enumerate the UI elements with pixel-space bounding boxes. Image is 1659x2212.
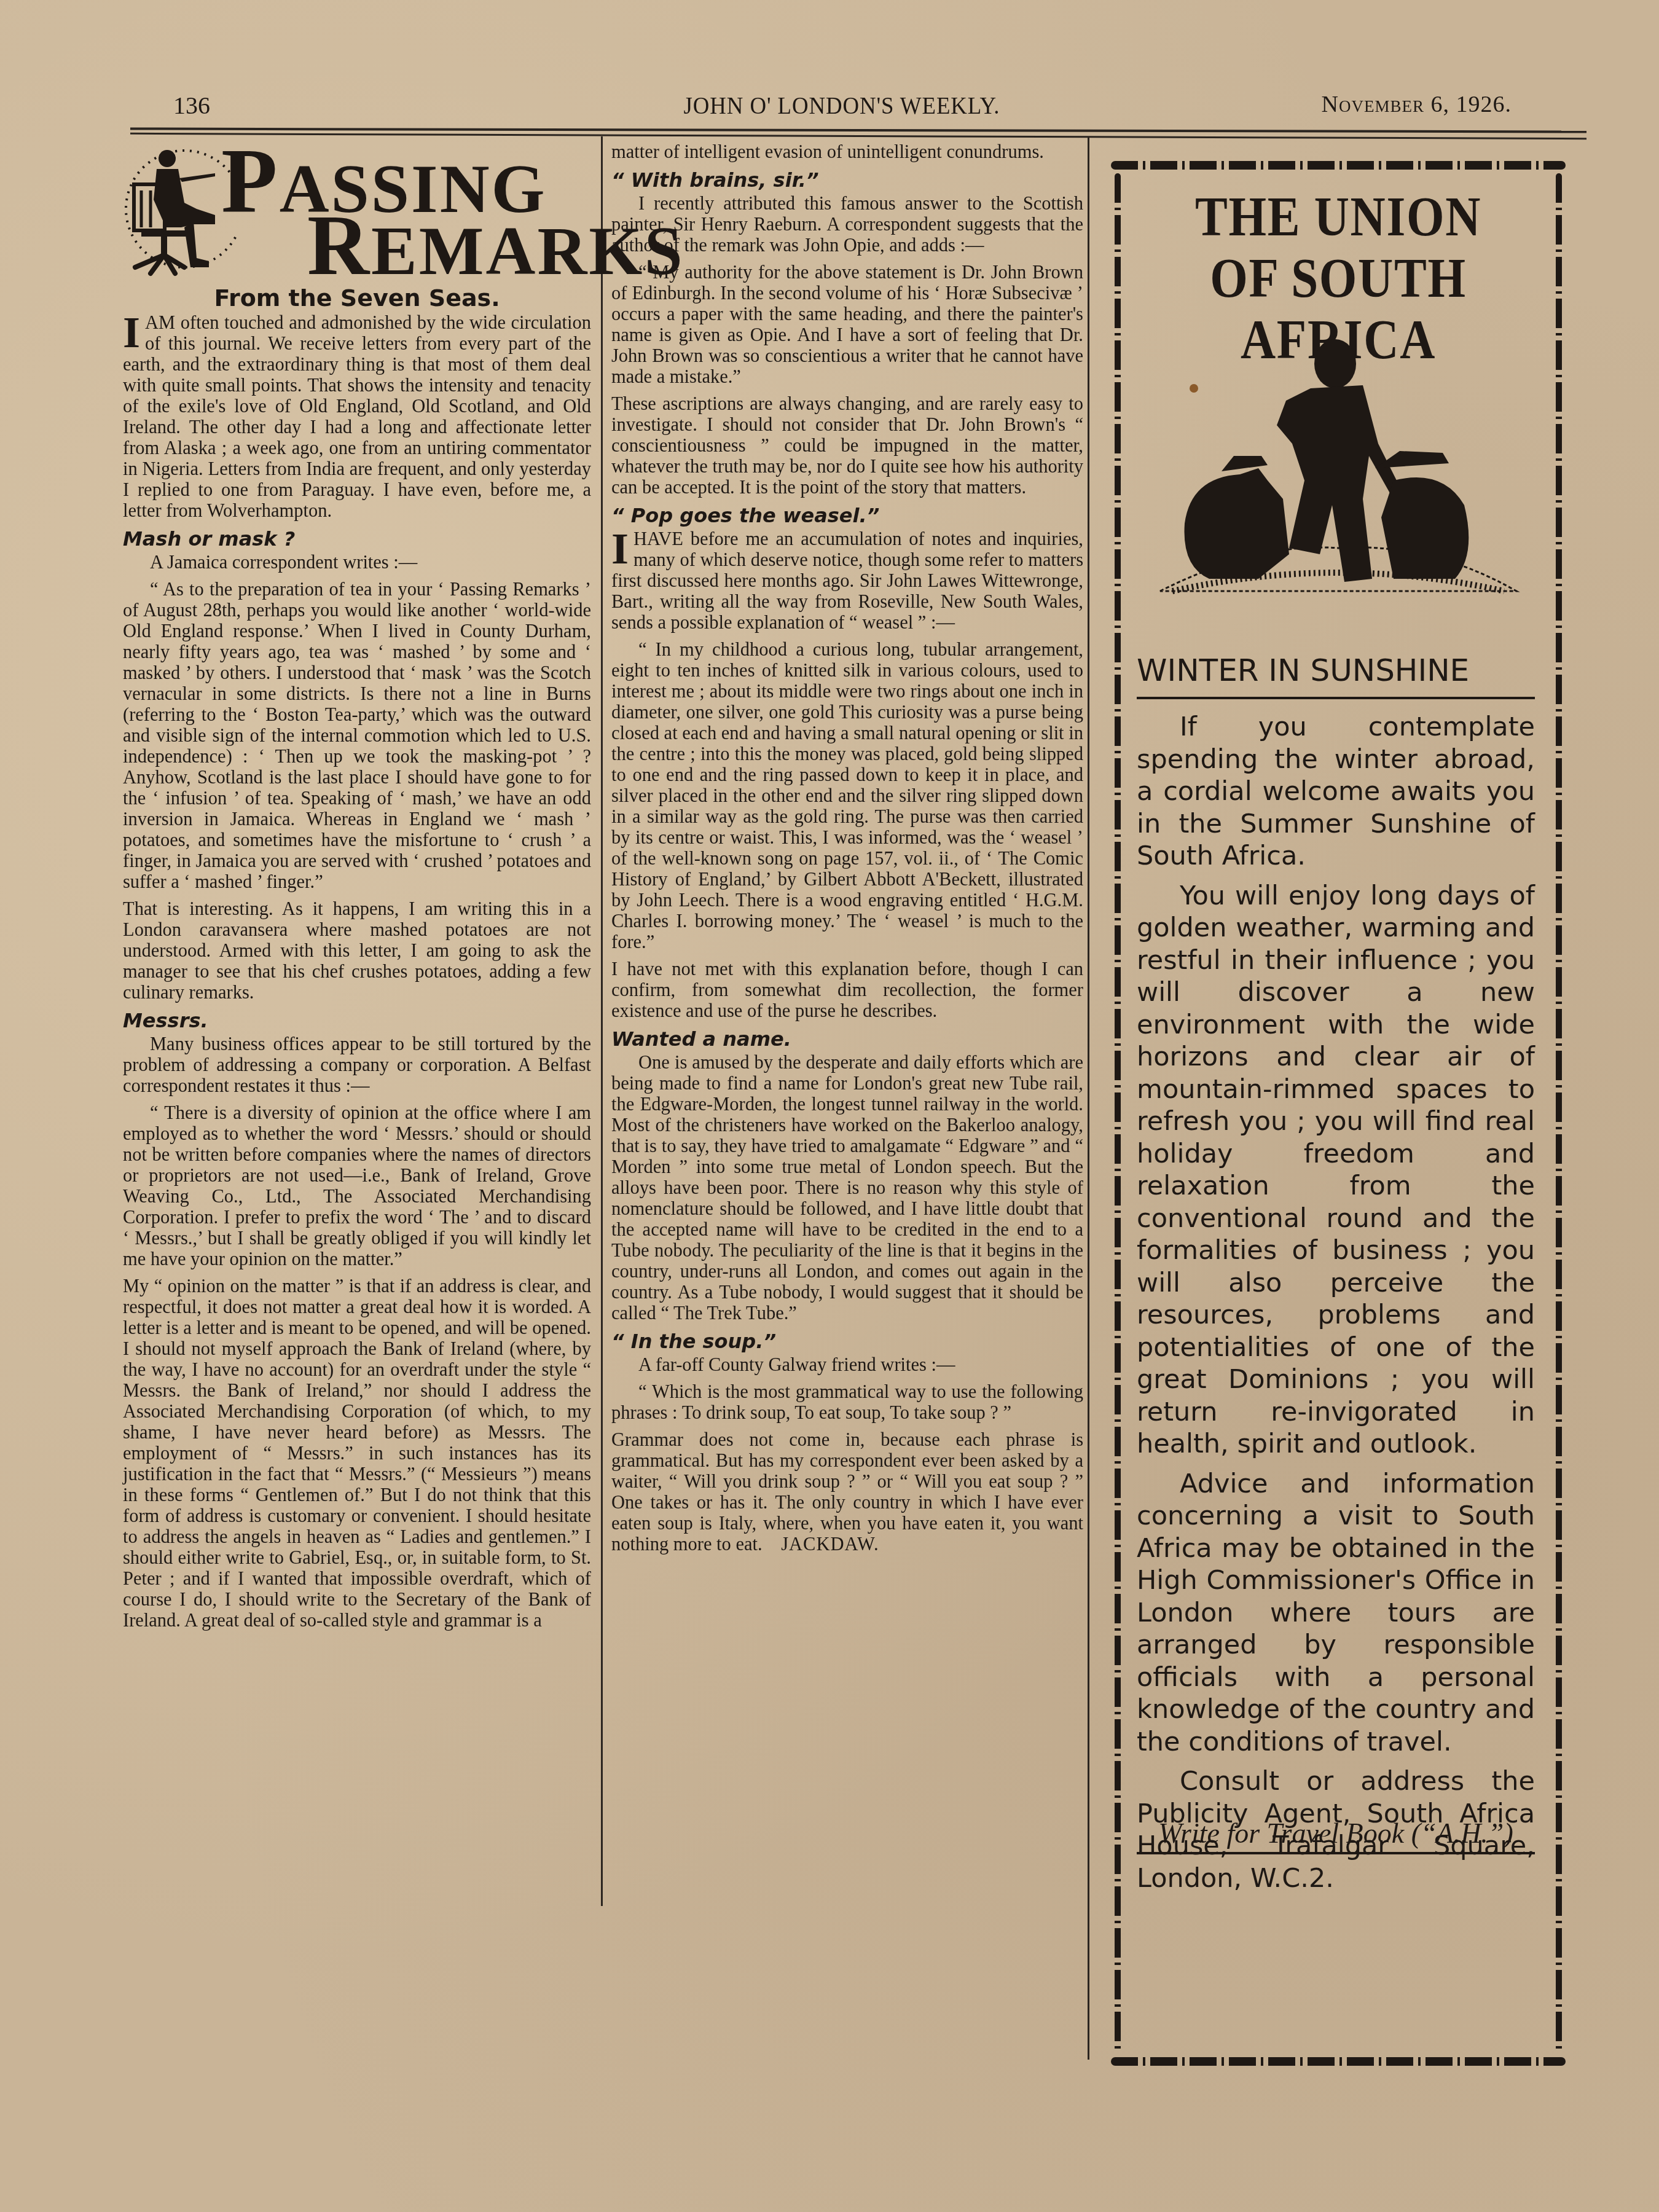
quoted-letter: “ There is a diversity of opinion at the… [123, 1102, 591, 1269]
quoted-letter: “ Which is the most grammatical way to u… [611, 1381, 1083, 1423]
issue-date: November 6, 1926. [1322, 91, 1512, 118]
column-divider-1 [601, 136, 603, 1906]
section-heading-weasel: “ Pop goes the weasel.” [611, 505, 1083, 526]
section-heading-name: Wanted a name. [611, 1029, 1083, 1049]
paragraph: I recently attributed this famous answer… [611, 193, 1083, 256]
section-heading-soup: “ In the soup.” [611, 1331, 1083, 1352]
paragraph: One is amused by the desperate and daily… [611, 1052, 1083, 1324]
page-header: 136 JOHN O' LONDON'S WEEKLY. November 6,… [166, 86, 1518, 123]
paragraph: I have not met with this explanation bef… [611, 959, 1083, 1021]
quoted-letter: “ In my childhood a curious long, tubula… [611, 639, 1083, 952]
quoted-letter: “ As to the preparation of tea in your ‘… [123, 579, 591, 892]
paragraph: That is interesting. As it happens, I am… [123, 898, 591, 1003]
section-heading-messrs: Messrs. [123, 1010, 591, 1031]
ornamental-border-icon [1111, 2057, 1566, 2066]
paragraph: A far-off County Galway friend writes :— [611, 1354, 1083, 1375]
continued-paragraph: matter of intelligent evasion of unintel… [611, 141, 1083, 162]
advert-paragraph: If you contemplate spending the winter a… [1137, 711, 1535, 873]
signature: JACKDAW. [781, 1534, 879, 1555]
paragraph: These ascriptions are always changing, a… [611, 393, 1083, 498]
masthead: JOHN O' LONDON'S WEEKLY. [220, 91, 1464, 120]
paragraph: Grammar does not come in, because each p… [611, 1429, 1083, 1555]
drop-cap: I [611, 530, 629, 568]
header-rule-top [130, 128, 1586, 133]
seated-reader-icon [123, 141, 237, 280]
advert-body: If you contemplate spending the winter a… [1137, 711, 1535, 1902]
ornamental-border-icon [1111, 161, 1566, 170]
paragraph: IHAVE before me an accumulation of notes… [611, 528, 1083, 633]
drop-cap: I [123, 313, 140, 351]
section-heading-brains: “ With brains, sir.” [611, 170, 1083, 190]
advert-paragraph: Advice and information concerning a visi… [1137, 1468, 1535, 1759]
column-title: PASSING REMARKS [123, 141, 591, 283]
section-heading-mash: Mash or mask ? [123, 528, 591, 549]
subtitle-rule [1137, 697, 1535, 699]
ornamental-border-icon [1115, 173, 1121, 2053]
quoted-letter: “ My authority for the above statement i… [611, 262, 1083, 387]
ornamental-border-icon [1556, 173, 1562, 2053]
advert-paragraph: You will enjoy long days of golden weath… [1137, 880, 1535, 1461]
paragraph: Many business offices appear to be still… [123, 1033, 591, 1096]
paragraph: My “ opinion on the matter ” is that if … [123, 1276, 591, 1631]
header-rule-bottom [130, 133, 1586, 139]
column-divider-2 [1088, 136, 1089, 2060]
silhouette-miners-icon [1135, 321, 1541, 628]
intro-paragraph: IAM often touched and admonished by the … [123, 312, 591, 521]
paragraph: A Jamaica correspondent writes :— [123, 552, 591, 573]
travel-book-call-to-action: Write for Travel Book (“A.H.”) [1137, 1817, 1535, 1854]
column-1: PASSING REMARKS From the Seven Seas. IAM… [123, 141, 591, 1637]
page-number: 136 [173, 91, 210, 120]
column-2: matter of intelligent evasion of unintel… [611, 141, 1083, 1561]
advert-subtitle: WINTER IN SUNSHINE [1137, 653, 1419, 688]
advertisement-south-africa: THE UNION OF SOUTH AFRICA WINTER IN SUNS… [1111, 161, 1566, 2066]
